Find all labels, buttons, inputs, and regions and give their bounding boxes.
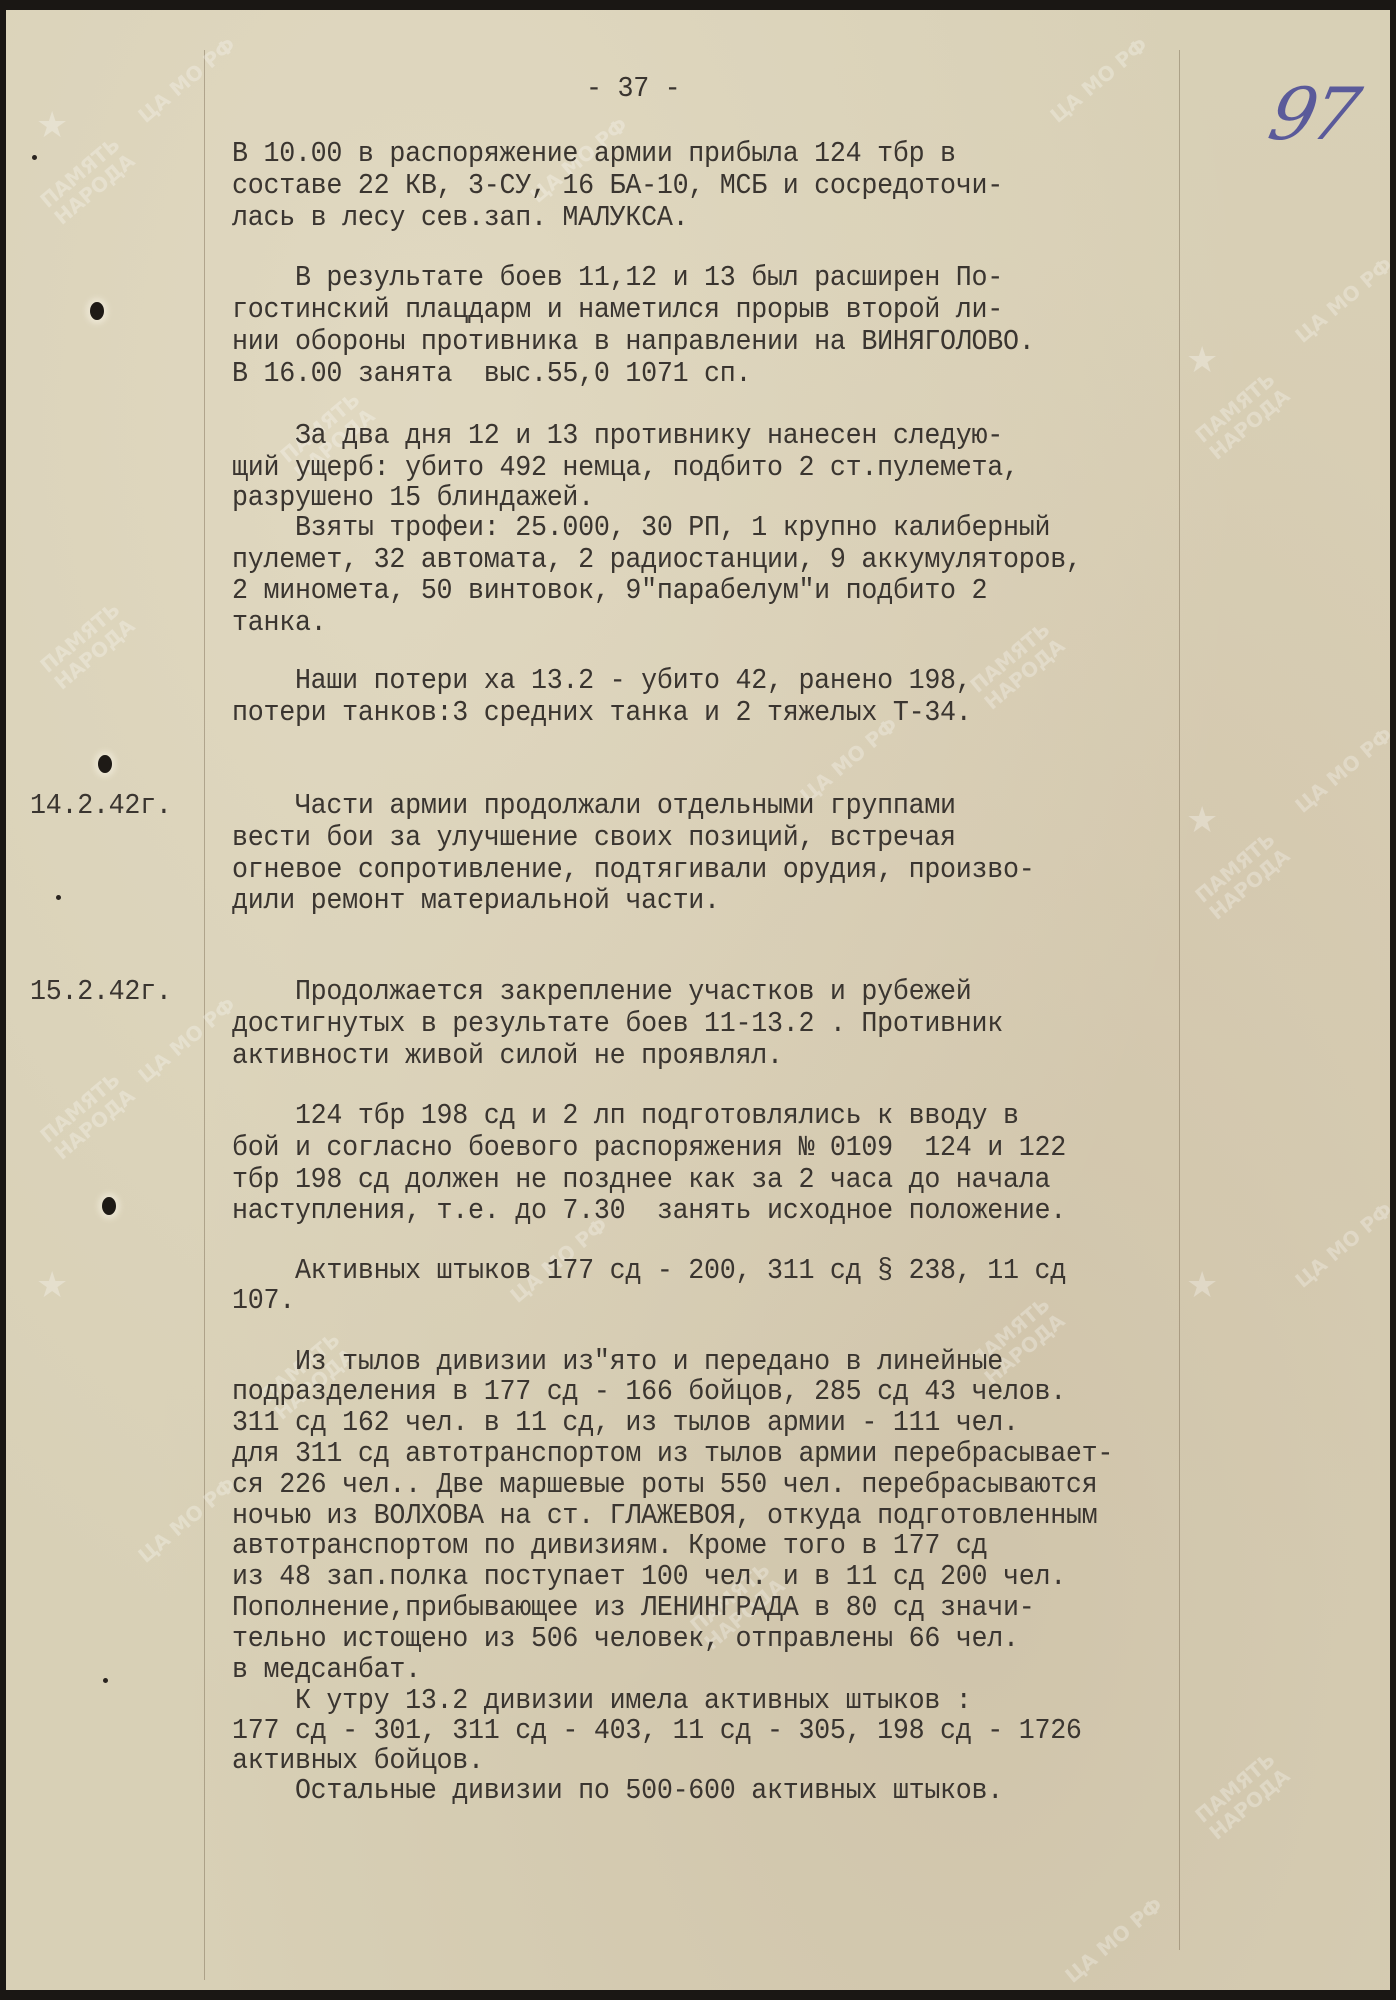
text-line: щий ущерб: убито 492 немца, подбито 2 ст…	[232, 452, 1019, 484]
text-line: автотранспортом по дивизиям. Кроме того …	[232, 1530, 987, 1562]
binding-hole-small	[32, 155, 37, 160]
page-number: - 37 -	[586, 73, 680, 105]
text-line: потери танков:3 средних танка и 2 тяжелы…	[232, 697, 972, 729]
text-line: Наши потери ха 13.2 - убито 42, ранено 1…	[232, 665, 972, 697]
watermark-camo: ЦА МО РФ	[1291, 723, 1396, 817]
watermark-camo: ЦА МО РФ	[134, 33, 240, 127]
handwritten-folio-number: 97	[1262, 72, 1363, 156]
binding-hole	[90, 302, 104, 320]
text-line: огневое сопротивление, подтягивали оруди…	[232, 854, 1034, 886]
text-line: 2 миномета, 50 винтовок, 9"парабелум"и п…	[232, 575, 987, 607]
text-line: Продолжается закрепление участков и рубе…	[232, 976, 972, 1008]
text-line: тбр 198 сд должен не позднее как за 2 ча…	[232, 1164, 1050, 1196]
text-line: разрушено 15 блиндажей.	[232, 482, 594, 514]
text-line: Части армии продолжали отдельными группа…	[232, 790, 956, 822]
text-line: Из тылов дивизии из"ято и передано в лин…	[232, 1346, 1003, 1378]
text-line: 311 сд 162 чел. в 11 сд, из тылов армии …	[232, 1407, 1019, 1439]
text-line: гостинский плацдарм и наметился прорыв в…	[232, 294, 1003, 326]
text-line: К утру 13.2 дивизии имела активных штыко…	[232, 1685, 972, 1717]
text-line: 107.	[232, 1285, 295, 1317]
watermark-pamyat-naroda: ПАМЯТЬНАРОДА	[36, 1068, 139, 1164]
right-margin-rule	[1179, 50, 1180, 1950]
text-line: За два дня 12 и 13 противнику нанесен сл…	[232, 420, 1003, 452]
text-line: В результате боев 11,12 и 13 был расшире…	[232, 262, 1003, 294]
star-emblem-icon: ★	[36, 1265, 68, 1306]
watermark-pamyat-naroda: ПАМЯТЬНАРОДА	[1191, 828, 1294, 924]
star-emblem-icon: ★	[1186, 1265, 1218, 1306]
binding-hole-small	[103, 1678, 108, 1683]
text-line: пулемет, 32 автомата, 2 радиостанции, 9 …	[232, 544, 1082, 576]
text-line: лась в лесу сев.зап. МАЛУКСА.	[232, 202, 688, 234]
text-line: ся 226 чел.. Две маршевые роты 550 чел. …	[232, 1469, 1097, 1501]
text-line: В 16.00 занята выс.55,0 1071 сп.	[232, 358, 751, 390]
text-line: танка.	[232, 607, 326, 639]
left-margin-rule	[204, 50, 205, 1980]
watermark-pamyat-naroda: ПАМЯТЬНАРОДА	[36, 133, 139, 229]
text-line: достигнутых в результате боев 11-13.2 . …	[232, 1008, 1003, 1040]
text-line: наступления, т.е. до 7.30 занять исходно…	[232, 1195, 1066, 1227]
text-line: бой и согласно боевого распоряжения № 01…	[232, 1132, 1066, 1164]
archival-document-page: ЦА МО РФ ЦА МО РФ ЦА МО РФ ЦА МО РФ ЦА М…	[6, 10, 1390, 1990]
entry-date: 14.2.42г.	[30, 790, 172, 822]
text-line: дили ремонт материальной части.	[232, 885, 720, 917]
watermark-camo: ЦА МО РФ	[1291, 1198, 1396, 1292]
watermark-pamyat-naroda: ПАМЯТЬНАРОДА	[36, 598, 139, 694]
watermark-pamyat-naroda: ПАМЯТЬНАРОДА	[1191, 1748, 1294, 1844]
binding-hole-small	[56, 895, 61, 900]
star-emblem-icon: ★	[1186, 340, 1218, 381]
text-line: для 311 сд автотранспортом из тылов арми…	[232, 1438, 1113, 1470]
text-line: составе 22 КВ, 3-СУ, 16 БА-10, МСБ и сос…	[232, 170, 1003, 202]
text-line: активных бойцов.	[232, 1745, 484, 1777]
watermark-pamyat-naroda: ПАМЯТЬНАРОДА	[1191, 368, 1294, 464]
star-emblem-icon: ★	[1186, 800, 1218, 841]
text-line: Взяты трофеи: 25.000, 30 РП, 1 крупно ка…	[232, 512, 1050, 544]
text-line: 124 тбр 198 сд и 2 лп подготовлялись к в…	[232, 1100, 1019, 1132]
text-line: ночью из ВОЛХОВА на ст. ГЛАЖЕВОЯ, откуда…	[232, 1500, 1097, 1532]
text-line: тельно истощено из 506 человек, отправле…	[232, 1623, 1019, 1655]
entry-date: 15.2.42г.	[30, 976, 172, 1008]
text-line: Активных штыков 177 сд - 200, 311 сд § 2…	[232, 1255, 1066, 1287]
text-line: Пополнение,прибывающее из ЛЕНИНГРАДА в 8…	[232, 1592, 1034, 1624]
binding-hole	[98, 755, 112, 773]
text-line: Остальные дивизии по 500-600 активных шт…	[232, 1775, 1003, 1807]
watermark-camo: ЦА МО РФ	[1046, 33, 1152, 127]
watermark-pamyat-naroda: ПАМЯТЬНАРОДА	[966, 618, 1069, 714]
text-line: активности живой силой не проявлял.	[232, 1040, 783, 1072]
binding-hole	[102, 1197, 116, 1215]
text-line: В 10.00 в распоряжение армии прибыла 124…	[232, 138, 956, 170]
text-line: вести бои за улучшение своих позиций, вс…	[232, 822, 956, 854]
text-line: в медсанбат.	[232, 1654, 421, 1686]
watermark-camo: ЦА МО РФ	[1291, 253, 1396, 347]
star-emblem-icon: ★	[36, 105, 68, 146]
text-line: 177 сд - 301, 311 сд - 403, 11 сд - 305,…	[232, 1715, 1082, 1747]
watermark-camo: ЦА МО РФ	[1061, 1893, 1167, 1987]
text-line: нии обороны противника в направлении на …	[232, 326, 1034, 358]
text-line: подразделения в 177 сд - 166 бойцов, 285…	[232, 1376, 1066, 1408]
watermark-camo: ЦА МО РФ	[134, 1473, 240, 1567]
text-line: из 48 зап.полка поступает 100 чел. и в 1…	[232, 1561, 1066, 1593]
